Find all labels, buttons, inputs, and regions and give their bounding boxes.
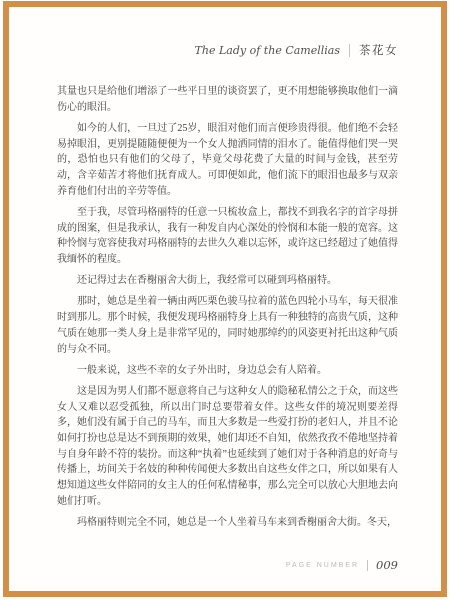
paragraph: 那时，她总是坐着一辆由两匹栗色骏马拉着的蓝色四轮小马车，每天很准时到那儿。那个时… [57, 294, 398, 357]
paragraph: 这是因为男人们都不愿意将自己与这种女人的隐秘私情公之于众，而这些女人又难以忍受孤… [57, 384, 398, 510]
paragraph: 一般来说，这些不幸的女子外出时，身边总会有人陪着。 [57, 363, 398, 379]
page-number-value: 009 [376, 558, 398, 572]
body-text: 其量也只是给他们增添了一些平日里的谈资罢了，更不用想能够换取他们一滴伤心的眼泪。… [57, 84, 398, 536]
page-footer: PAGE NUMBER 009 [286, 558, 398, 572]
book-page: The Lady of the Camellias 茶花女 其量也只是给他们增添… [0, 0, 450, 600]
header-divider [349, 44, 350, 57]
page-number-label: PAGE NUMBER [286, 562, 359, 569]
header-title-chinese: 茶花女 [359, 42, 398, 58]
page-header: The Lady of the Camellias 茶花女 [57, 42, 398, 58]
paragraph: 如今的人们，一旦过了25岁，眼泪对他们而言便珍贵得很。他们绝不会轻易掉眼泪，更别… [57, 121, 398, 200]
header-title-english: The Lady of the Camellias [195, 44, 340, 57]
paragraph: 玛格丽特则完全不同，她总是一个人坐着马车来到香榭丽舍大街。冬天， [57, 515, 398, 531]
paragraph: 其量也只是给他们增添了一些平日里的谈资罢了，更不用想能够换取他们一滴伤心的眼泪。 [57, 84, 398, 115]
paragraph: 还记得过去在香榭丽舍大街上，我经常可以碰到玛格丽特。 [57, 273, 398, 289]
footer-divider [367, 560, 368, 571]
paragraph: 至于我，尽管玛格丽特的任意一只梳妆盒上，都找不到我名字的首字母拼成的图案，但是我… [57, 205, 398, 268]
